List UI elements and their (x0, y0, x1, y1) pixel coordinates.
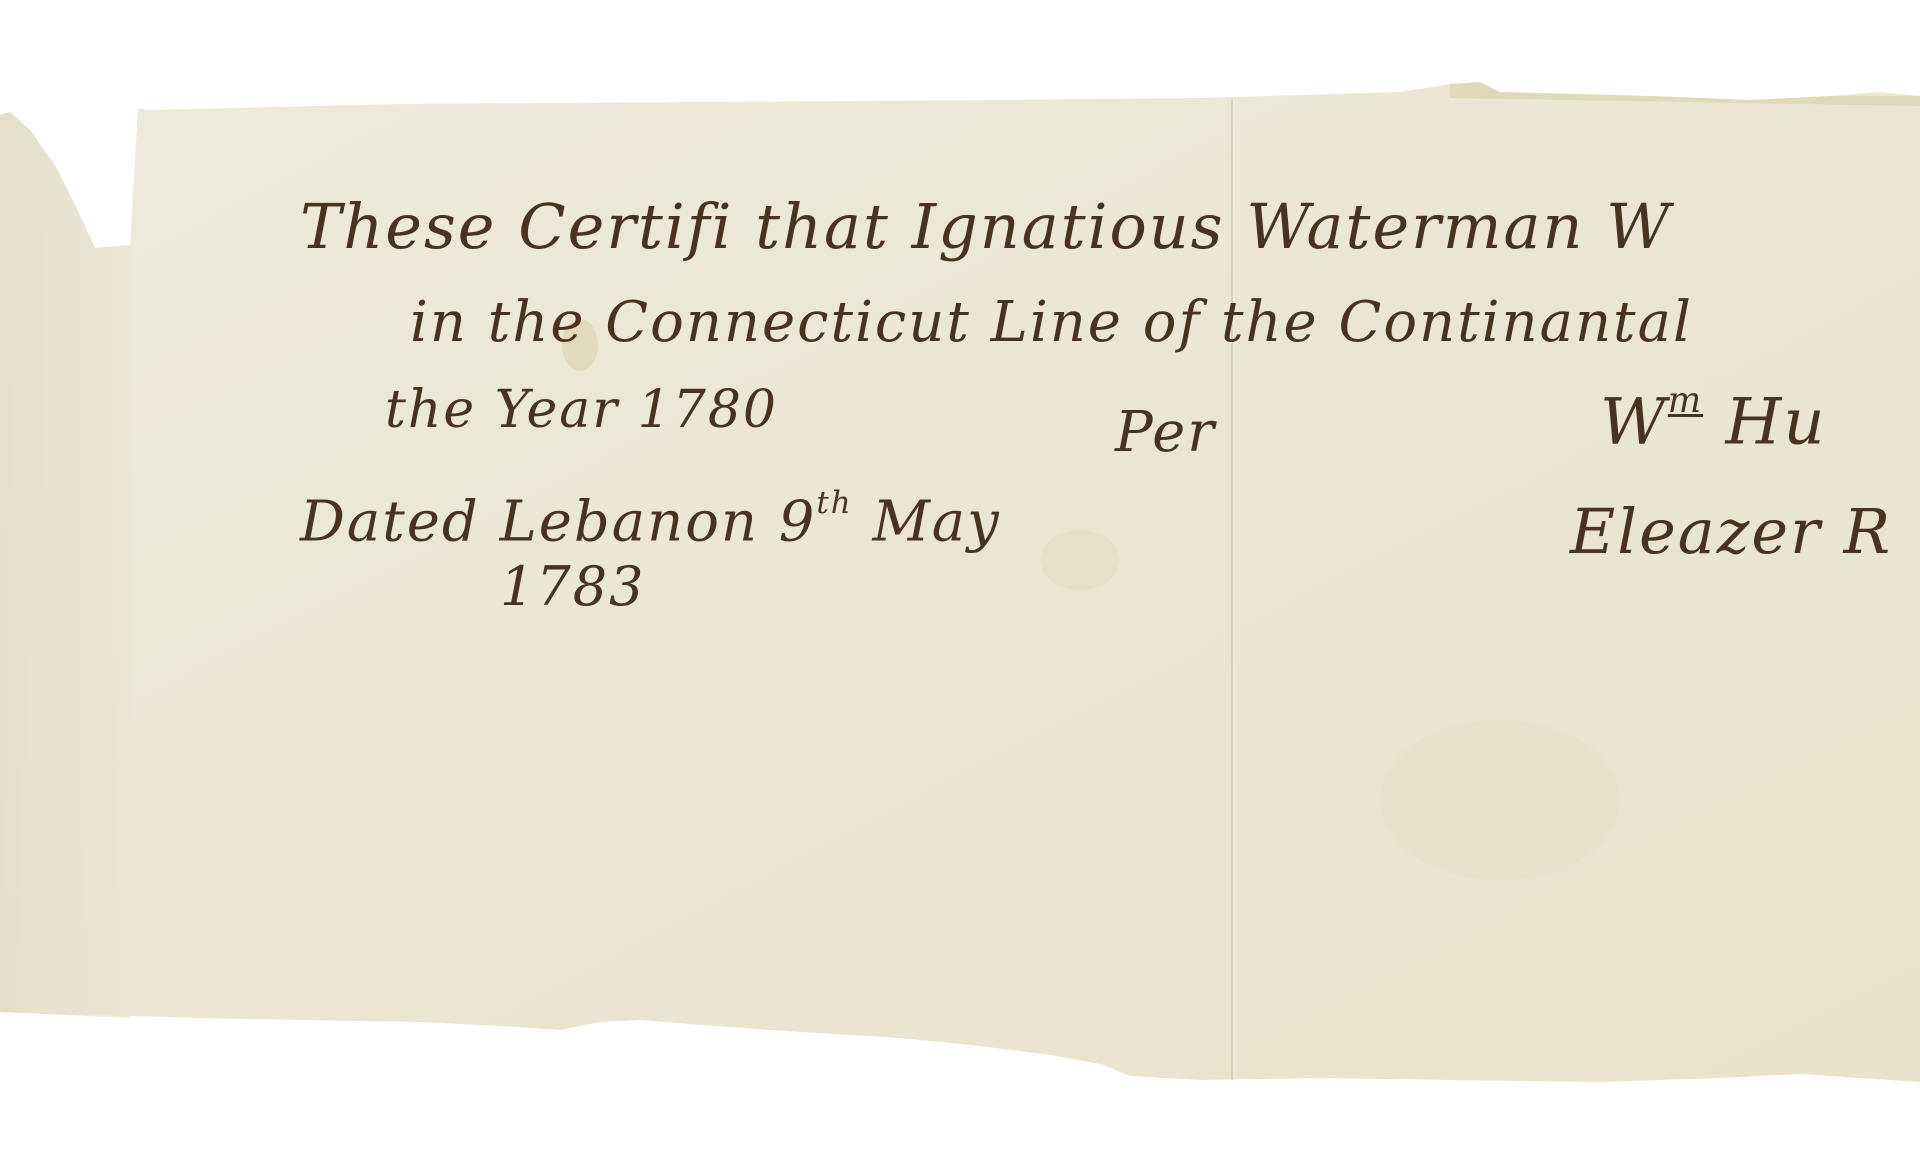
dated-month: May (853, 490, 1001, 555)
signature-last: Hu (1703, 386, 1826, 460)
certificate-line-2: in the Connecticut Line of the Continant… (410, 290, 1693, 355)
dated-year: 1783 (500, 555, 645, 618)
dated-prefix: Dated Lebanon 9 (300, 490, 816, 555)
certificate-line-3-year: the Year 1780 (385, 380, 778, 440)
signature-sup: m (1668, 380, 1703, 421)
per-text: Per (1115, 400, 1216, 465)
aged-paper-sheet (0, 0, 1920, 1154)
signature-wm-hu: Wm Hu (1600, 380, 1827, 460)
dated-line: Dated Lebanon 9th May (300, 485, 1001, 555)
signature-first: W (1600, 386, 1668, 460)
certificate-line-1: These Certifi that Ignatious Waterman W (300, 190, 1672, 263)
document-photo: These Certifi that Ignatious Waterman W … (0, 0, 1920, 1154)
dated-ordinal: th (816, 485, 852, 521)
signature-eleazer-r: Eleazer R (1570, 495, 1892, 568)
